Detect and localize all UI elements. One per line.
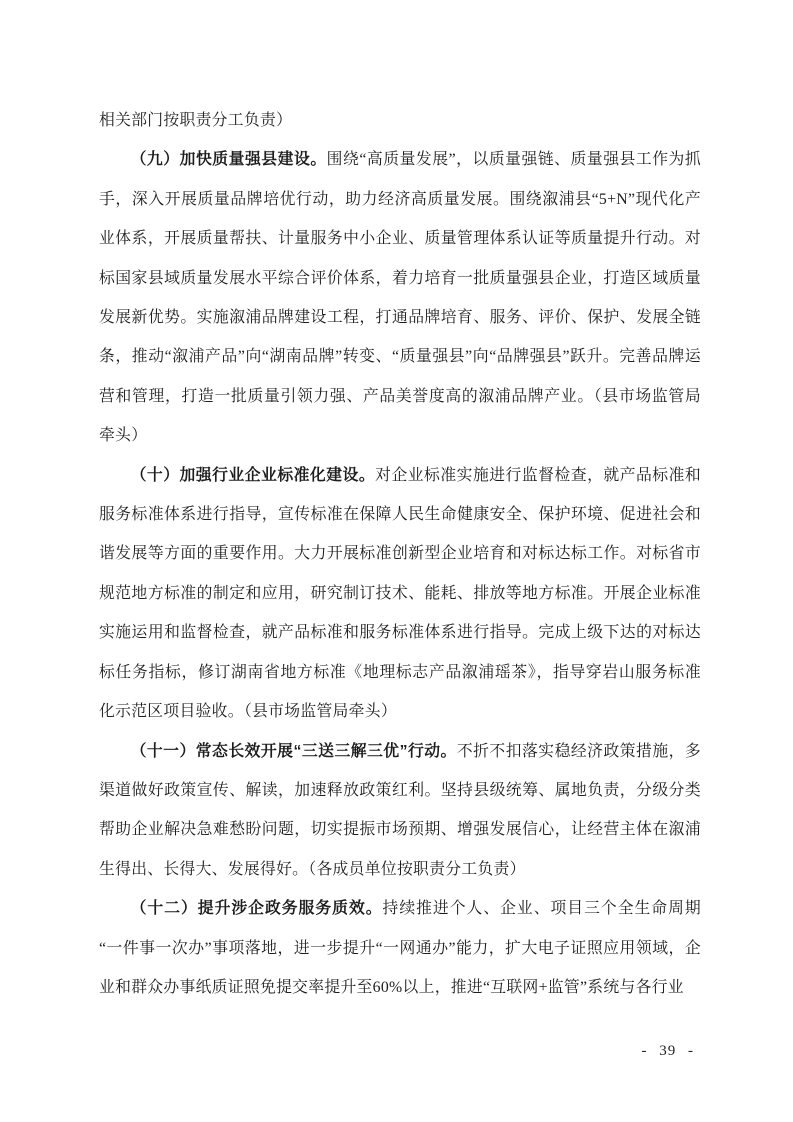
- document-body: 相关部门按职责分工负责）（九）加快质量强县建设。围绕“高质量发展”，以质量强链、…: [99, 101, 701, 1007]
- paragraph: （九）加快质量强县建设。围绕“高质量发展”，以质量强链、质量强县工作为抓手，深入…: [99, 140, 701, 455]
- paragraph-text: 相关部门按职责分工负责）: [99, 112, 292, 129]
- document-page: 相关部门按职责分工负责）（九）加快质量强县建设。围绕“高质量发展”，以质量强链、…: [0, 0, 793, 1122]
- paragraph-heading: （十二）提升涉企政务服务质效。: [131, 900, 383, 917]
- paragraph-text: 对企业标准实施进行监督检查，就产品标准和服务标准体系进行指导，宣传标准在保障人民…: [99, 467, 701, 720]
- page-number: - 39 -: [642, 1041, 695, 1061]
- paragraph-text: 不折不扣落实稳经济政策措施，多渠道做好政策宣传、解读，加速释放政策红利。坚持县级…: [99, 743, 701, 878]
- paragraph: 相关部门按职责分工负责）: [99, 101, 701, 140]
- paragraph-heading: （十一）常态长效开展“三送三解三优”行动。: [131, 743, 457, 760]
- paragraph-heading: （十）加强行业企业标准化建设。: [131, 467, 376, 484]
- paragraph: （十二）提升涉企政务服务质效。持续推进个人、企业、项目三个全生命周期“一件事一次…: [99, 889, 701, 1007]
- paragraph-heading: （九）加快质量强县建设。: [131, 151, 327, 168]
- paragraph: （十）加强行业企业标准化建设。对企业标准实施进行监督检查，就产品标准和服务标准体…: [99, 456, 701, 732]
- paragraph-text: 围绕“高质量发展”，以质量强链、质量强县工作为抓手，深入开展质量品牌培优行动，助…: [99, 151, 701, 444]
- paragraph: （十一）常态长效开展“三送三解三优”行动。不折不扣落实稳经济政策措施，多渠道做好…: [99, 732, 701, 890]
